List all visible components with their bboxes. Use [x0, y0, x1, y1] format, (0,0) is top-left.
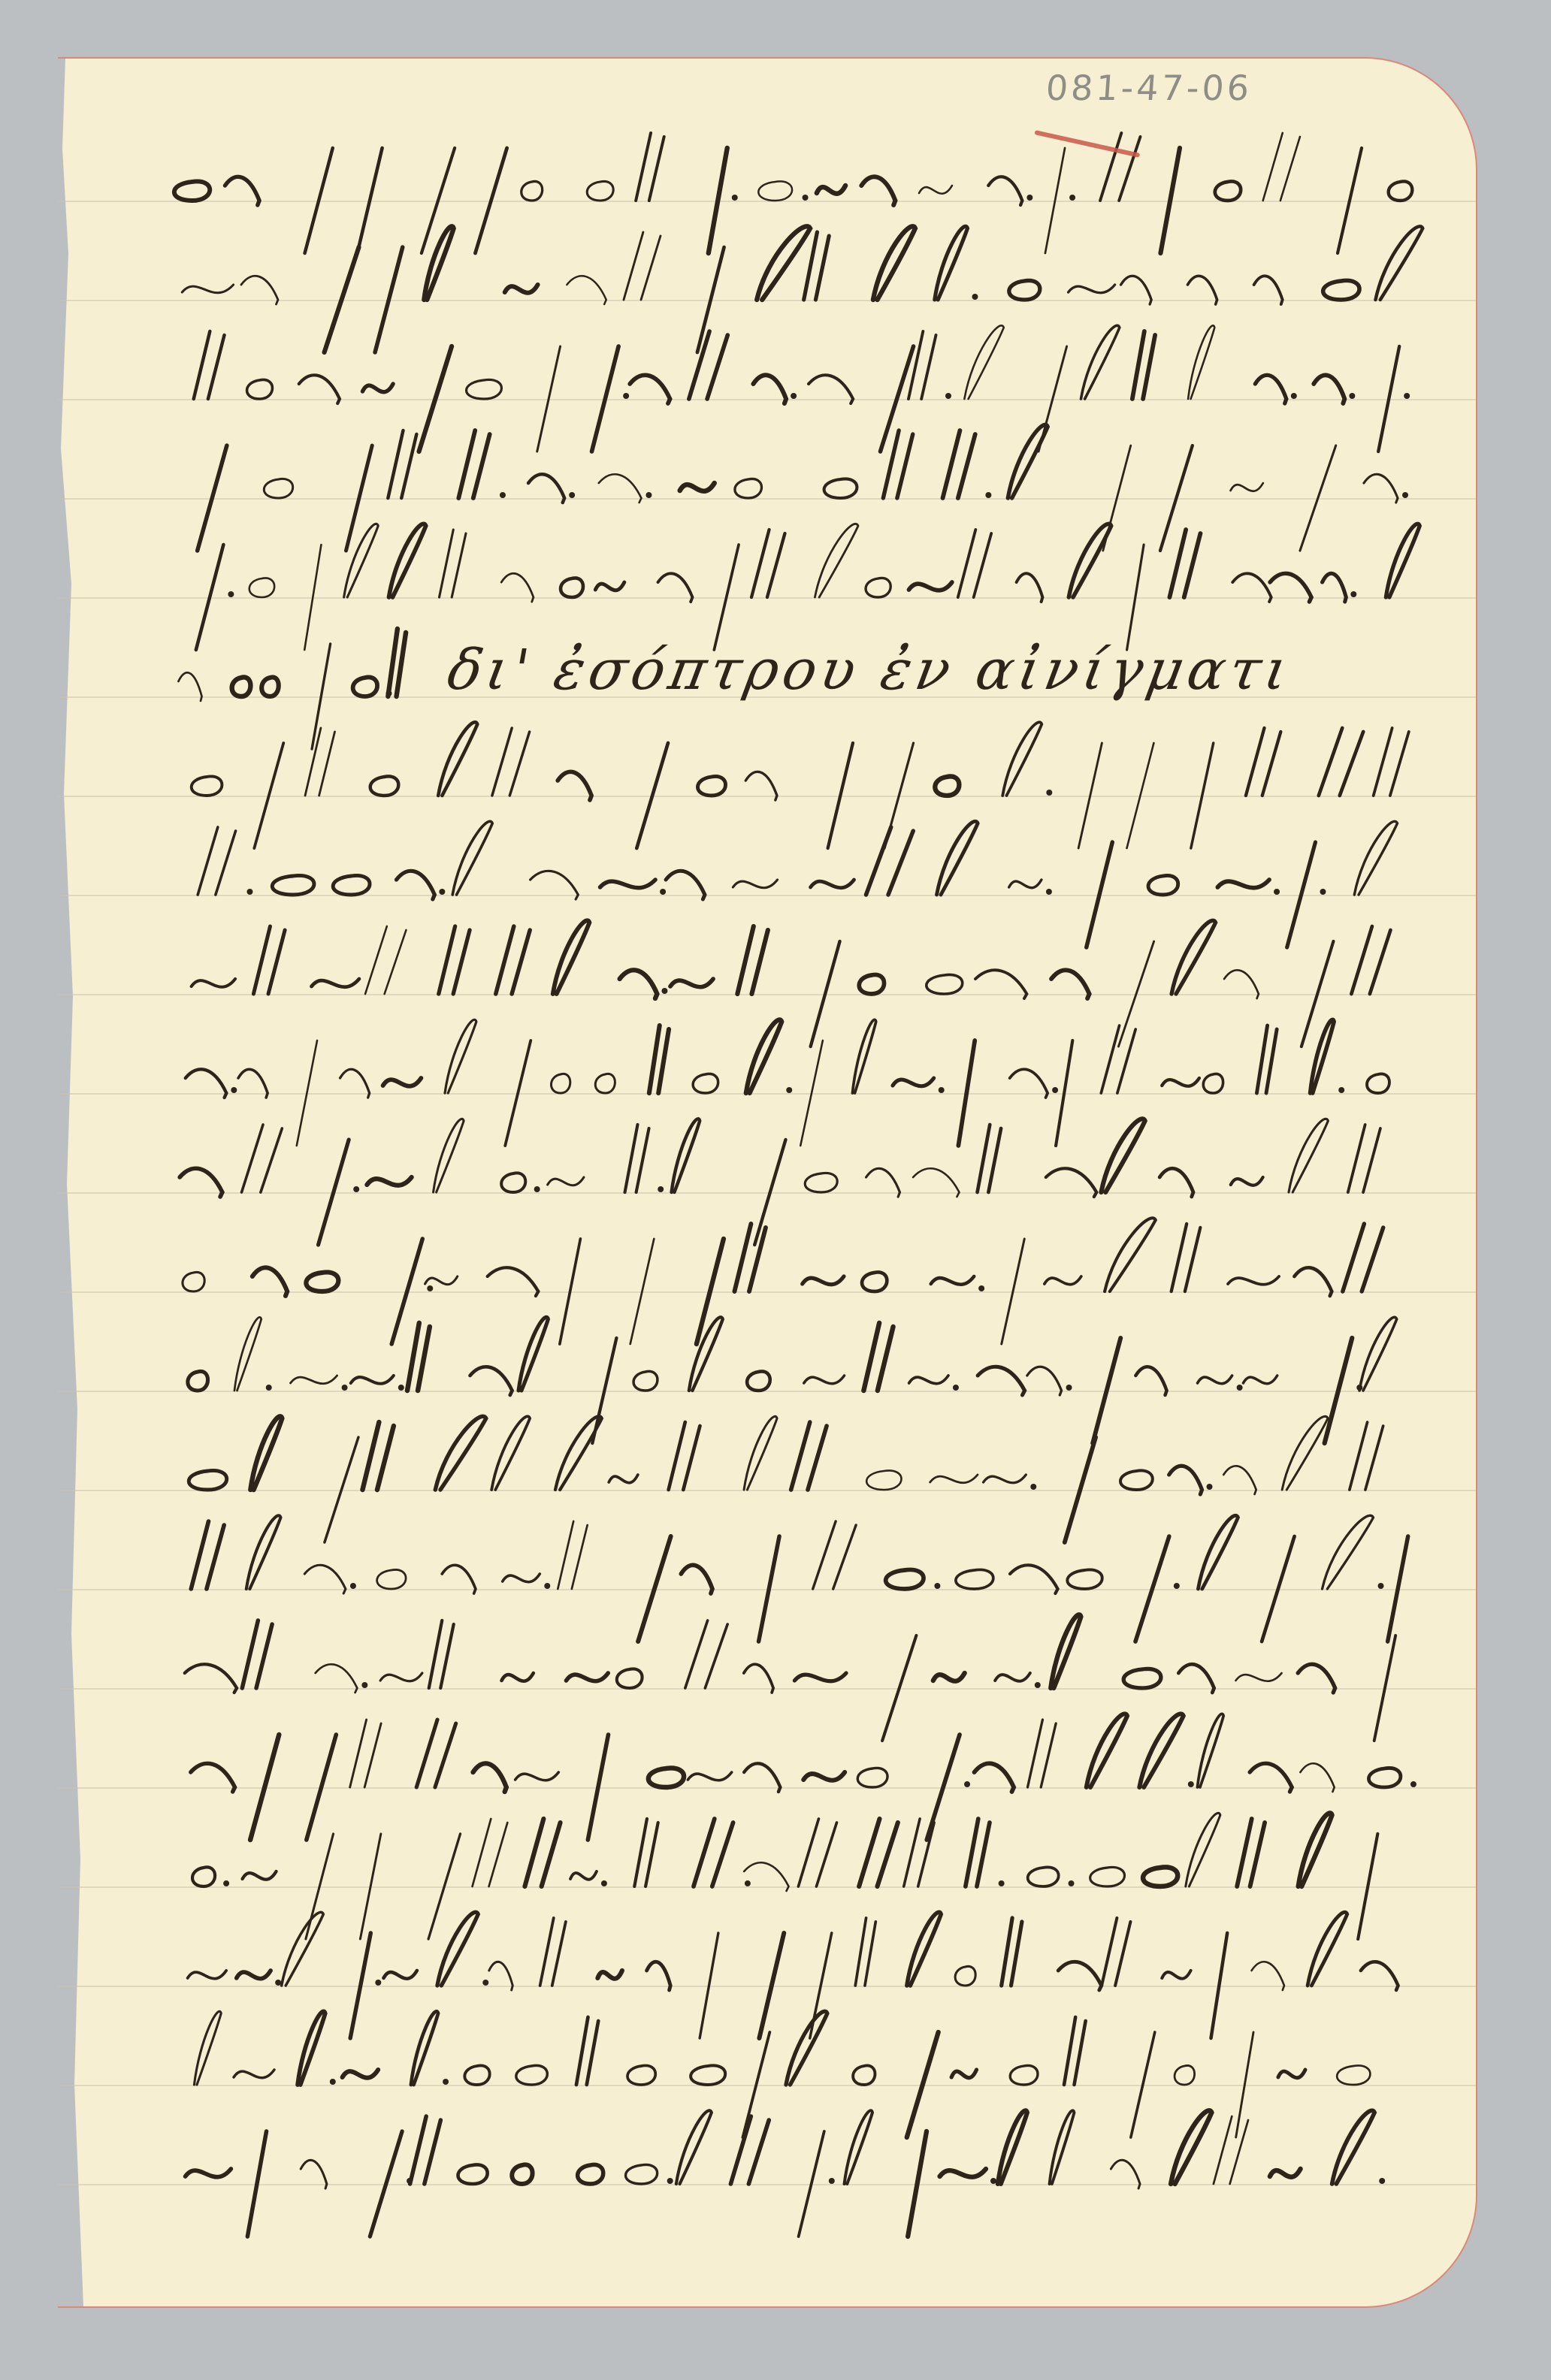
shorthand-glyph	[927, 974, 963, 994]
shorthand-glyph	[243, 1871, 277, 1880]
shorthand-glyph	[647, 1962, 671, 1990]
shorthand-glyph	[389, 524, 425, 597]
shorthand-glyph	[1231, 483, 1263, 491]
punctuation-mark	[569, 492, 575, 498]
shorthand-glyph	[1250, 1763, 1292, 1792]
shorthand-glyph	[688, 1772, 731, 1780]
shorthand-glyph	[803, 1276, 844, 1285]
shorthand-glyph	[1028, 1867, 1059, 1886]
shorthand-glyph	[458, 2164, 487, 2184]
shorthand-glyph	[984, 1475, 1026, 1483]
punctuation-mark	[1350, 591, 1356, 597]
shorthand-glyph	[191, 1521, 224, 1589]
shorthand-glyph	[995, 1673, 1030, 1681]
shorthand-glyph	[540, 1918, 566, 1986]
shorthand-glyph	[809, 375, 853, 403]
punctuation-mark	[623, 393, 629, 399]
shorthand-glyph	[1337, 2065, 1370, 2085]
shorthand-glyph	[883, 430, 912, 498]
shorthand-glyph	[299, 375, 340, 403]
shorthand-glyph	[1009, 280, 1040, 300]
shorthand-glyph	[388, 629, 406, 696]
punctuation-mark	[1207, 1484, 1213, 1490]
shorthand-glyph	[1282, 1416, 1328, 1490]
shorthand-glyph	[1162, 1078, 1199, 1086]
shorthand-glyph	[1186, 1813, 1220, 1886]
shorthand-glyph	[566, 1673, 608, 1681]
punctuation-mark	[829, 2178, 835, 2184]
shorthand-glyph	[1214, 2116, 1248, 2184]
punctuation-mark	[934, 1583, 940, 1589]
shorthand-glyph	[907, 1912, 941, 1986]
shorthand-glyph	[1198, 1515, 1238, 1589]
shorthand-glyph	[282, 1912, 324, 1986]
punctuation-mark	[427, 1285, 433, 1291]
shorthand-glyph	[859, 974, 884, 994]
shorthand-glyph	[365, 926, 406, 994]
shorthand-glyph	[681, 1565, 712, 1593]
shorthand-glyph	[744, 1664, 773, 1693]
shorthand-glyph	[1243, 1376, 1277, 1384]
shorthand-glyph	[442, 1565, 476, 1593]
shorthand-glyph	[595, 582, 624, 590]
shorthand-glyph	[353, 677, 377, 696]
shorthand-glyph	[192, 776, 222, 796]
shorthand-glyph	[301, 2160, 327, 2188]
shorthand-glyph	[824, 479, 857, 498]
punctuation-mark	[964, 1781, 970, 1787]
shorthand-glyph	[697, 776, 725, 796]
shorthand-glyph	[425, 1276, 458, 1285]
shorthand-glyph	[435, 1416, 486, 1490]
shorthand-glyph	[488, 1267, 539, 1296]
shorthand-glyph	[350, 1720, 381, 1787]
shorthand-glyph	[845, 2110, 872, 2184]
shorthand-glyph	[410, 2116, 441, 2184]
shorthand-glyph	[625, 1125, 649, 1192]
shorthand-glyph	[1231, 1177, 1263, 1185]
shorthand-glyph	[1010, 1069, 1048, 1098]
punctuation-mark	[999, 1880, 1005, 1886]
shorthand-glyph	[600, 880, 656, 888]
punctuation-mark	[544, 1583, 550, 1589]
punctuation-mark	[1046, 790, 1052, 796]
shorthand-glyph	[626, 2164, 658, 2184]
punctuation-mark	[350, 1583, 356, 1589]
shorthand-glyph	[859, 1819, 898, 1886]
shorthand-glyph	[1050, 2110, 1075, 2184]
punctuation-mark	[1035, 1682, 1041, 1688]
punctuation-mark	[990, 2178, 996, 2184]
punctuation-mark	[1379, 2178, 1385, 2184]
punctuation-mark	[1402, 492, 1408, 498]
shorthand-glyph	[174, 181, 210, 201]
punctuation-mark	[985, 492, 991, 498]
shorthand-glyph	[551, 1074, 570, 1093]
shorthand-glyph	[758, 181, 792, 201]
punctuation-mark	[361, 1682, 367, 1688]
shorthand-glyph	[813, 1521, 856, 1589]
shorthand-glyph	[247, 379, 273, 399]
shorthand-glyph	[253, 926, 285, 994]
shorthand-glyph	[799, 2131, 824, 2237]
shorthand-glyph	[853, 2065, 875, 2085]
shorthand-glyph	[344, 524, 379, 597]
punctuation-mark	[645, 492, 652, 498]
shorthand-glyph	[680, 483, 715, 491]
shorthand-glyph	[998, 2110, 1027, 2184]
punctuation-mark	[1052, 1087, 1058, 1093]
shorthand-glyph	[383, 1078, 422, 1086]
shorthand-glyph	[434, 1119, 464, 1192]
shorthand-glyph	[685, 1620, 727, 1688]
shorthand-glyph	[1294, 1267, 1332, 1296]
shorthand-glyph	[262, 677, 279, 696]
shorthand-glyph	[1299, 1813, 1332, 1886]
punctuation-mark	[1274, 889, 1280, 895]
shorthand-glyph	[522, 181, 543, 201]
punctuation-mark	[330, 2079, 336, 2085]
shorthand-glyph	[1067, 1569, 1102, 1589]
shorthand-glyph	[620, 970, 658, 998]
punctuation-mark	[534, 1186, 540, 1192]
shorthand-glyph	[1348, 1125, 1380, 1192]
shorthand-glyph	[1169, 1466, 1202, 1494]
shorthand-glyph	[1132, 331, 1155, 399]
punctuation-mark	[443, 2079, 449, 2085]
shorthand-glyph	[185, 1664, 237, 1693]
shorthand-glyph	[291, 1376, 337, 1384]
shorthand-glyph	[232, 677, 251, 696]
punctuation-mark	[231, 1087, 237, 1093]
shorthand-glyph	[1323, 1515, 1374, 1589]
shorthand-glyph	[1187, 276, 1217, 304]
shorthand-glyph	[452, 821, 492, 895]
shorthand-glyph	[1143, 1867, 1178, 1886]
shorthand-glyph	[473, 1763, 506, 1792]
shorthand-glyph	[988, 177, 1022, 205]
shorthand-glyph	[515, 1772, 559, 1780]
shorthand-glyph	[1332, 2110, 1375, 2184]
shorthand-glyph	[658, 573, 693, 602]
shorthand-glyph	[1298, 1664, 1335, 1693]
shorthand-glyph	[1172, 920, 1216, 994]
shorthand-glyph	[445, 1019, 476, 1093]
shorthand-glyph	[669, 1422, 700, 1490]
punctuation-mark	[1237, 1385, 1243, 1391]
shorthand-glyph	[264, 479, 292, 498]
shorthand-glyph	[935, 226, 968, 300]
shorthand-glyph	[1002, 722, 1042, 796]
shorthand-glyph	[817, 186, 845, 194]
shorthand-glyph	[194, 331, 225, 399]
punctuation-mark	[1066, 1385, 1072, 1391]
shorthand-glyph	[958, 530, 991, 597]
shorthand-glyph	[225, 177, 259, 205]
shorthand-glyph	[576, 2017, 598, 2085]
shorthand-glyph	[362, 384, 393, 392]
punctuation-mark	[482, 1980, 488, 1986]
shorthand-glyph	[815, 524, 858, 597]
shorthand-glyph	[956, 1569, 993, 1589]
punctuation-mark	[266, 1385, 272, 1391]
shorthand-glyph	[975, 970, 1026, 998]
punctuation-mark	[661, 988, 667, 994]
shorthand-glyph	[746, 1019, 782, 1093]
shorthand-glyph	[1171, 2110, 1211, 2184]
shorthand-glyph	[473, 1819, 508, 1886]
punctuation-mark	[1030, 1484, 1036, 1490]
shorthand-glyph	[1263, 133, 1300, 201]
punctuation-mark	[945, 393, 951, 399]
shorthand-glyph	[198, 827, 235, 895]
shorthand-glyph	[362, 1422, 393, 1490]
shorthand-glyph	[1255, 375, 1286, 403]
punctuation-mark	[732, 195, 738, 201]
shorthand-glyph	[964, 325, 1003, 399]
shorthand-glyph	[1323, 573, 1347, 602]
shorthand-glyph	[1081, 325, 1119, 399]
punctuation-mark	[1046, 889, 1052, 895]
shorthand-glyph	[189, 1470, 226, 1490]
shorthand-glyph	[866, 827, 913, 895]
punctuation-mark	[745, 1880, 751, 1886]
shorthand-glyph	[548, 1177, 584, 1185]
shorthand-glyph	[429, 1620, 454, 1688]
shorthand-glyph	[930, 1475, 978, 1483]
shorthand-glyph	[516, 2065, 548, 2085]
shorthand-glyph	[1159, 1168, 1193, 1197]
shorthand-glyph	[1224, 970, 1259, 998]
shorthand-glyph	[467, 379, 502, 399]
shorthand-glyph	[886, 1569, 924, 1589]
shorthand-glyph	[933, 1673, 965, 1681]
shorthand-glyph	[351, 1376, 394, 1384]
shorthand-glyph	[438, 722, 477, 796]
shorthand-glyph	[388, 430, 416, 498]
shorthand-glyph	[470, 1367, 512, 1395]
shorthand-glyph	[312, 979, 359, 987]
shorthand-glyph	[1289, 1119, 1328, 1192]
shorthand-glyph	[192, 979, 235, 987]
punctuation-mark	[1188, 1781, 1194, 1787]
shorthand-glyph	[241, 276, 278, 304]
shorthand-glyph	[1139, 1714, 1184, 1787]
shorthand-glyph	[1002, 1918, 1022, 1986]
shorthand-glyph	[1314, 375, 1344, 403]
punctuation-mark	[1338, 1087, 1344, 1093]
shorthand-glyph	[188, 1371, 208, 1391]
shorthand-glyph	[491, 1416, 530, 1490]
shorthand-glyph	[188, 1971, 226, 1979]
shorthand-glyph	[747, 1371, 770, 1391]
shorthand-glyph	[246, 1515, 281, 1589]
shorthand-glyph	[804, 1376, 845, 1384]
shorthand-glyph	[1351, 926, 1390, 994]
shorthand-glyph	[1135, 1367, 1166, 1395]
shorthand-glyph	[439, 530, 465, 597]
shorthand-glyph	[306, 1272, 338, 1291]
shorthand-glyph	[909, 582, 951, 590]
punctuation-mark	[246, 889, 252, 895]
shorthand-glyph	[1246, 728, 1280, 796]
shorthand-glyph	[367, 1177, 411, 1185]
shorthand-glyph	[937, 821, 978, 895]
shorthand-glyph	[737, 926, 768, 994]
shorthand-glyph	[505, 285, 538, 293]
punctuation-mark	[601, 1880, 607, 1886]
shorthand-glyph	[512, 2164, 532, 2184]
shorthand-glyph	[437, 1912, 478, 1986]
shorthand-glyph	[1102, 1918, 1130, 1986]
shorthand-glyph	[909, 1376, 948, 1384]
shorthand-glyph	[503, 1574, 540, 1582]
shorthand-glyph	[1300, 1763, 1334, 1792]
shorthand-glyph	[383, 1971, 416, 1979]
shorthand-glyph	[1008, 424, 1048, 498]
shorthand-glyph	[558, 772, 591, 800]
shorthand-glyph	[786, 2011, 827, 2085]
shorthand-glyph	[492, 728, 530, 796]
shorthand-glyph	[370, 2131, 402, 2237]
shorthand-glyph	[1101, 1025, 1135, 1093]
shorthand-glyph	[1090, 1867, 1125, 1886]
shorthand-glyph	[1064, 2017, 1086, 2085]
shorthand-glyph	[1278, 2070, 1305, 2078]
shorthand-glyph	[1354, 821, 1397, 895]
shorthand-glyph	[416, 1720, 455, 1787]
shorthand-glyph	[791, 1422, 827, 1490]
shorthand-glyph	[1069, 285, 1115, 293]
shorthand-glyph	[340, 1069, 370, 1098]
punctuation-mark	[1291, 393, 1297, 399]
shorthand-glyph	[978, 1125, 1002, 1192]
shorthand-glyph	[1256, 1025, 1277, 1093]
shorthand-glyph	[561, 578, 583, 597]
shorthand-glyph	[966, 1819, 990, 1886]
shorthand-glyph	[1169, 530, 1200, 597]
punctuation-mark	[1349, 393, 1355, 399]
shorthand-glyph	[343, 2070, 379, 2078]
shorthand-glyph	[634, 1819, 658, 1886]
shorthand-glyph	[730, 2116, 769, 2184]
punctuation-mark	[972, 294, 978, 300]
shorthand-glyph	[528, 474, 564, 503]
punctuation-mark	[223, 1880, 229, 1886]
shorthand-glyph	[192, 1867, 215, 1886]
punctuation-mark	[660, 889, 666, 895]
shorthand-glyph	[1010, 1565, 1058, 1593]
shorthand-glyph	[597, 1971, 622, 1979]
shorthand-glyph	[238, 1069, 268, 1098]
shorthand-glyph	[1175, 2065, 1195, 2085]
shorthand-glyph	[234, 1317, 262, 1391]
shorthand-glyph	[861, 177, 895, 205]
shorthand-glyph	[633, 1371, 658, 1391]
shorthand-glyph	[180, 1168, 222, 1197]
shorthand-glyph	[501, 1673, 533, 1681]
shorthand-glyph	[1188, 325, 1214, 399]
shorthand-glyph	[525, 1819, 560, 1886]
shorthand-glyph	[649, 1025, 669, 1093]
shorthand-glyph	[1252, 1962, 1284, 1990]
shorthand-glyph	[955, 1966, 975, 1986]
shorthand-glyph	[935, 776, 959, 796]
shorthand-glyph	[672, 1119, 700, 1192]
shorthand-glyph	[1254, 276, 1283, 304]
shorthand-glyph	[1228, 1276, 1279, 1285]
shorthand-glyph	[186, 2169, 231, 2177]
shorthand-glyph	[1319, 728, 1363, 796]
punctuation-mark	[1174, 1583, 1180, 1589]
shorthand-glyph	[316, 1664, 358, 1693]
shorthand-glyph	[1364, 474, 1398, 503]
shorthand-glyph	[798, 1819, 836, 1886]
shorthand-glyph	[439, 926, 470, 994]
shorthand-glyph	[407, 1323, 430, 1391]
punctuation-mark	[439, 889, 445, 895]
shorthand-glyph	[1123, 1669, 1161, 1688]
shorthand-glyph	[689, 331, 727, 399]
punctuation-mark	[1404, 393, 1410, 399]
shorthand-glyph	[1178, 1664, 1214, 1693]
shorthand-glyph	[866, 1470, 901, 1490]
shorthand-glyph	[852, 1019, 875, 1093]
shorthand-glyph	[578, 2164, 603, 2184]
shorthand-glyph	[863, 1323, 893, 1391]
shorthand-glyph	[627, 2065, 655, 2085]
punctuation-mark	[1026, 195, 1032, 201]
shorthand-glyph	[237, 1971, 271, 1979]
shorthand-glyph	[370, 776, 399, 796]
punctuation-mark	[342, 1385, 348, 1391]
shorthand-glyph	[1148, 875, 1178, 895]
shorthand-glyph	[496, 926, 530, 994]
punctuation-mark	[1320, 889, 1326, 895]
shorthand-glyph	[691, 2065, 725, 2085]
shorthand-glyph	[272, 875, 314, 895]
punctuation-mark	[1069, 195, 1075, 201]
shorthand-glyph	[1343, 1224, 1383, 1291]
punctuation-mark	[275, 1980, 281, 1986]
shorthand-glyph	[1203, 1074, 1223, 1093]
shorthand-glyph	[458, 430, 489, 498]
shorthand-glyph	[919, 186, 952, 194]
shorthand-glyph	[570, 1871, 597, 1880]
shorthand-glyph	[1223, 1466, 1256, 1494]
shorthand-glyph	[913, 1168, 959, 1197]
manuscript-page: 081-47-06 δι' ἐσόπτρου ἐν αἰνίγματι	[58, 57, 1477, 2308]
shorthand-glyph	[249, 578, 274, 597]
shorthand-glyph	[182, 285, 233, 293]
shorthand-glyph	[1010, 2065, 1038, 2085]
shorthand-glyph	[1009, 880, 1042, 888]
shorthand-glyph	[333, 875, 370, 895]
shorthand-glyph	[1087, 1714, 1127, 1787]
shorthand-glyph	[811, 880, 854, 888]
shorthand-glyph	[304, 1565, 346, 1593]
shorthand-glyph	[1046, 1168, 1096, 1197]
shorthand-glyph	[250, 1416, 282, 1490]
shorthand-glyph	[1386, 524, 1419, 597]
shorthand-glyph	[1308, 1912, 1347, 1986]
shorthand-glyph	[1235, 1673, 1281, 1681]
shorthand-glyph	[617, 1669, 642, 1688]
shorthand-glyph	[1237, 1819, 1265, 1886]
shorthand-glyph	[1311, 1019, 1335, 1093]
shorthand-glyph	[242, 1125, 283, 1192]
shorthand-glyph	[1120, 1470, 1153, 1490]
